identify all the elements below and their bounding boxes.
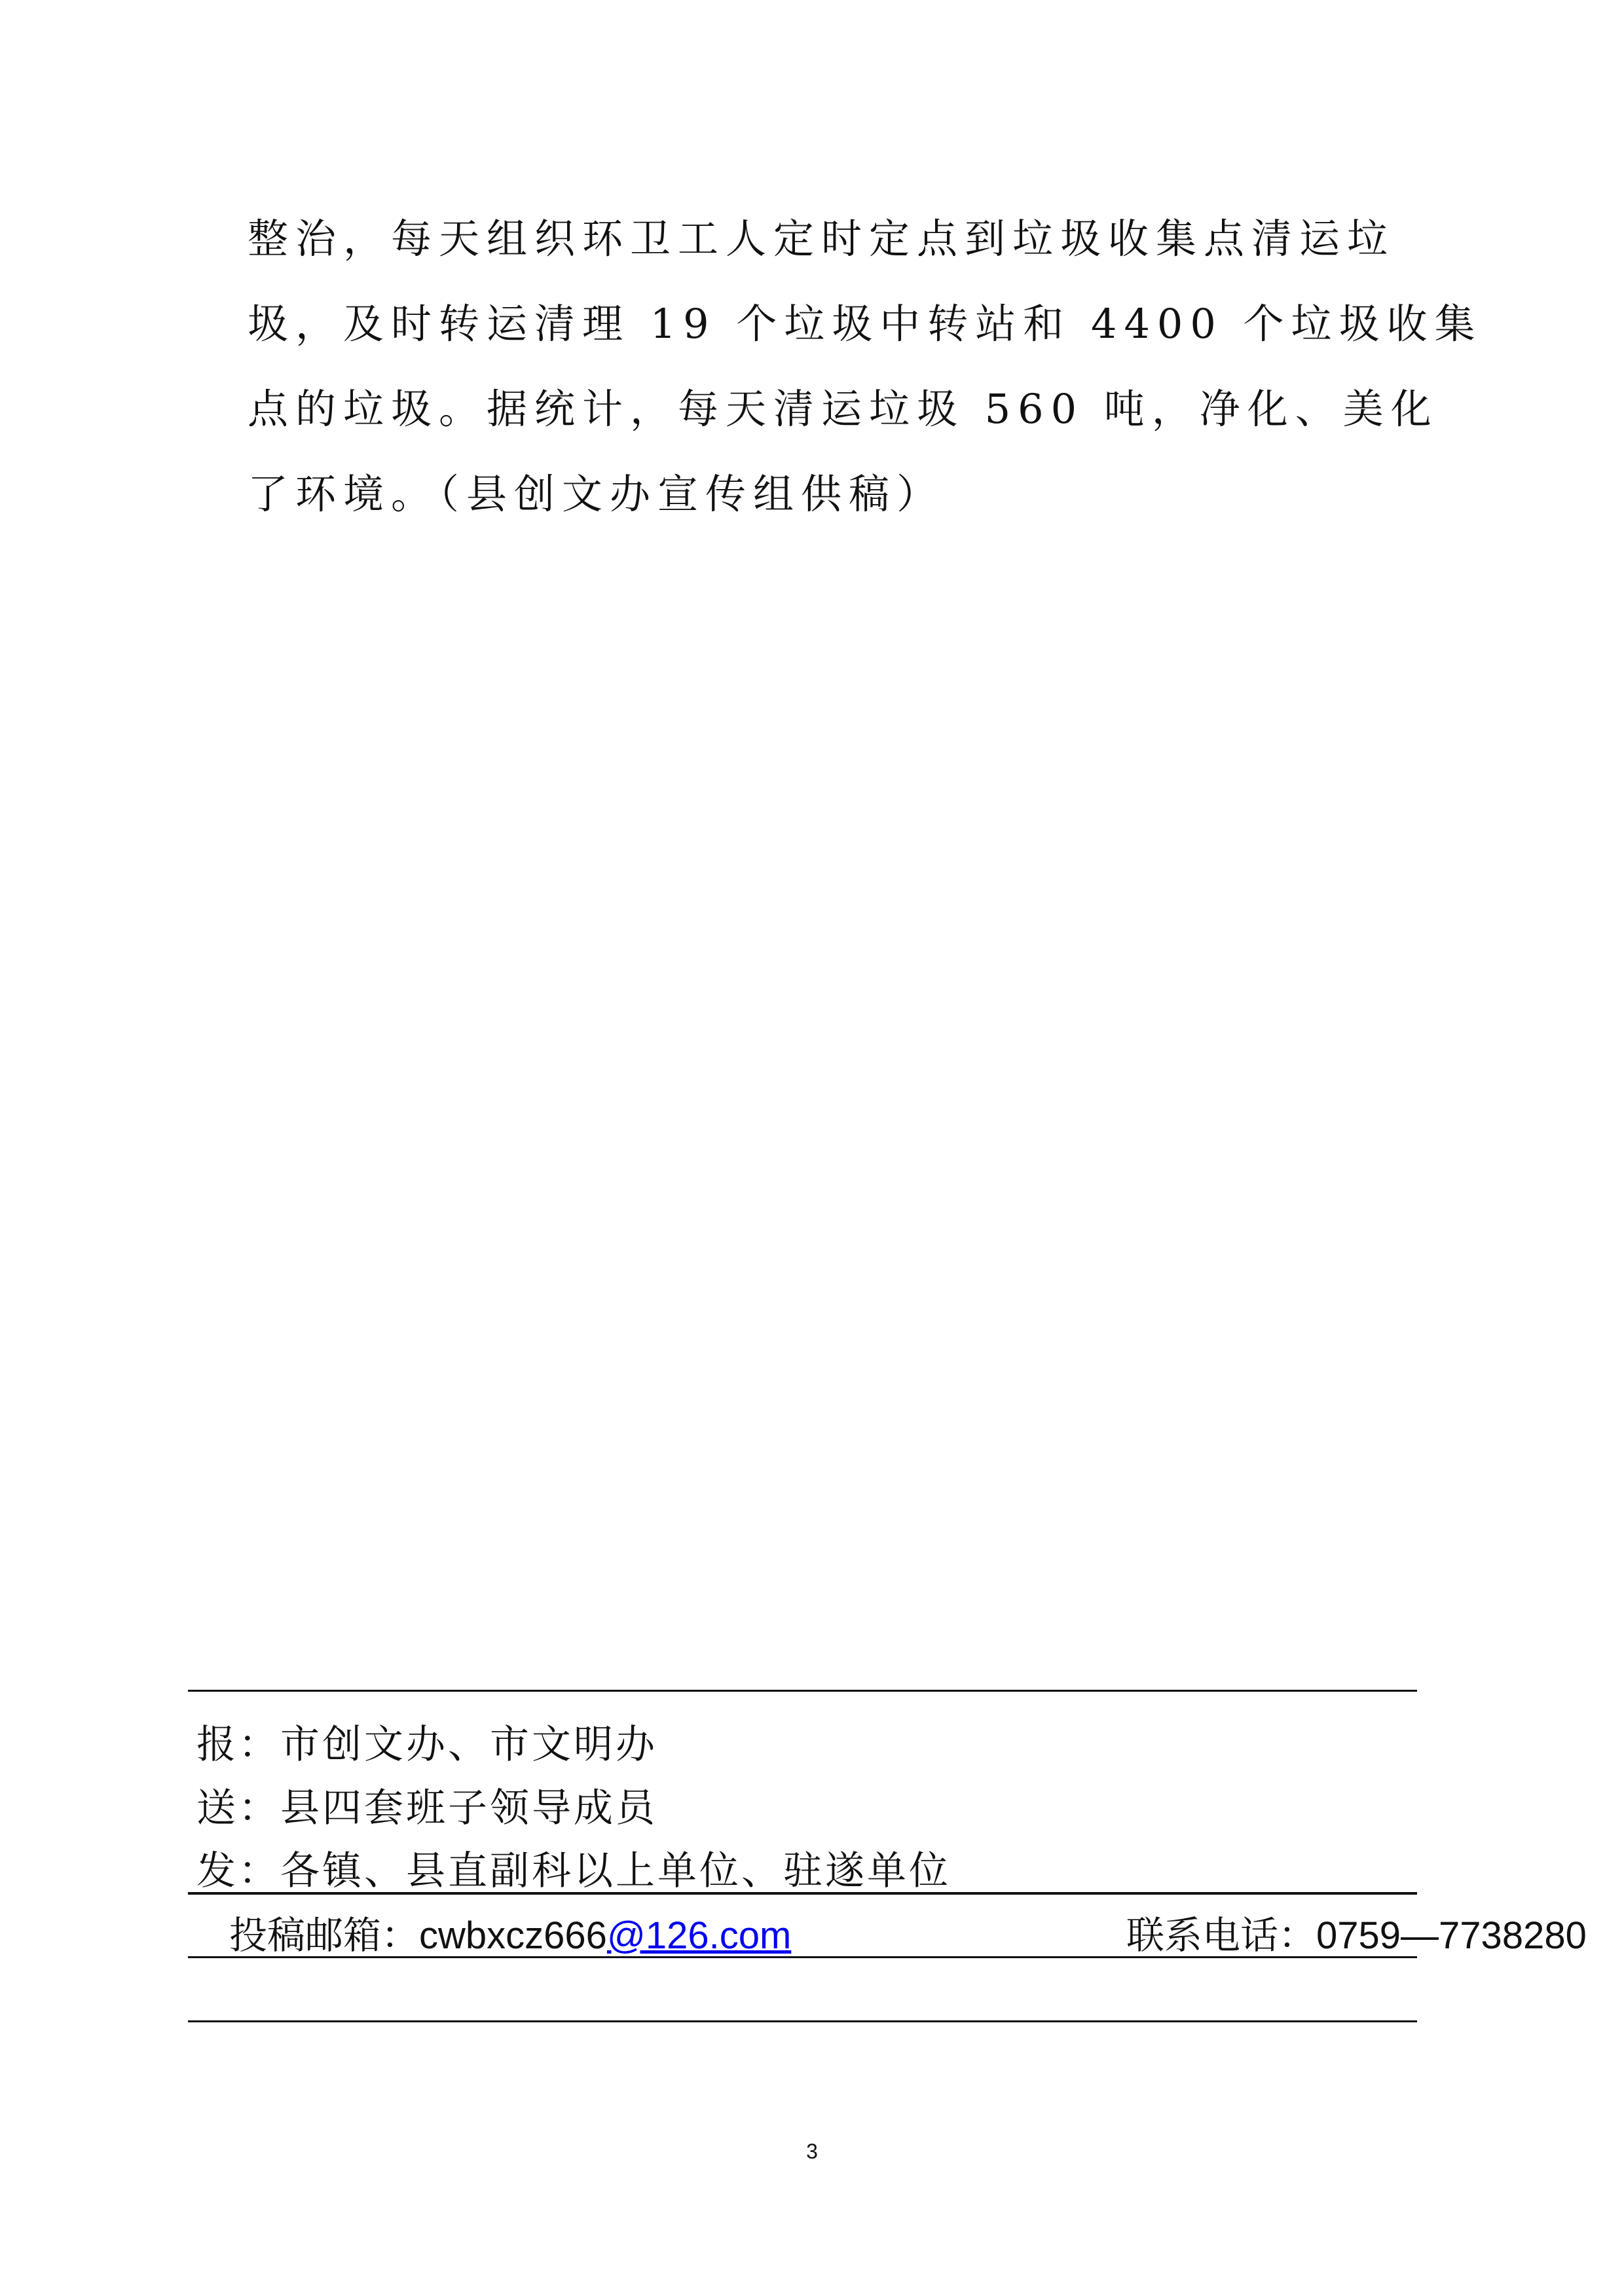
distribution-send: 送：县四套班子领导成员: [196, 1782, 657, 1834]
divider-top: [188, 1690, 1417, 1692]
divider-contact-bottom: [188, 1956, 1417, 1958]
paragraph-line-1: 整治，每天组织环卫工人定时定点到垃圾收集点清运垃: [248, 213, 1395, 265]
divider-distribution-bottom: [188, 1892, 1417, 1895]
email-user: cwbxcz666: [419, 1914, 607, 1957]
distribution-issue: 发：各镇、县直副科以上单位、驻遂单位: [196, 1845, 951, 1897]
contact-line: 投稿邮箱：cwbxcz666@126.com 联系电话：0759—7738280: [229, 1909, 791, 1961]
paragraph-line-2: 圾，及时转运清理 19 个垃圾中转站和 4400 个垃圾收集: [248, 298, 1483, 350]
divider-footer: [188, 2020, 1417, 2022]
phone-label: 联系电话：: [1126, 1913, 1316, 1958]
distribution-report: 报：市创文办、市文明办: [196, 1719, 657, 1771]
phone-number: 0759—7738280: [1316, 1914, 1587, 1957]
page-number: 3: [0, 2140, 1624, 2164]
email-link[interactable]: @126.com: [607, 1914, 791, 1957]
phone-group: 联系电话：0759—7738280: [1126, 1909, 1587, 1962]
paragraph-line-4: 了环境。（县创文办宣传组供稿）: [248, 468, 944, 520]
paragraph-line-3: 点的垃圾。据统计，每天清运垃圾 560 吨，净化、美化: [248, 383, 1439, 435]
email-label: 投稿邮箱：: [229, 1913, 419, 1958]
